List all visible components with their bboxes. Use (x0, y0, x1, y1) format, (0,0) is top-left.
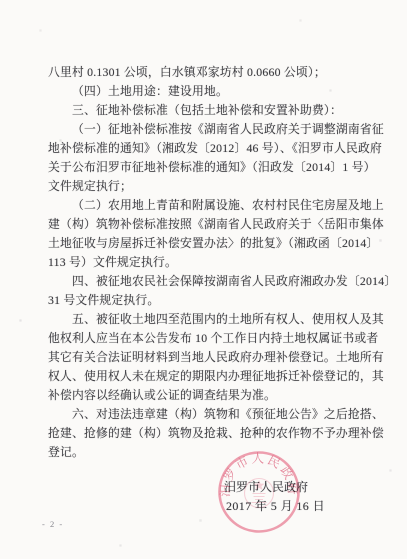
document-line: 权人、使用权人未在规定的期限内办理征地拆迁补偿登记的，其 (48, 367, 380, 386)
document-line: 建（构）筑物补偿标准按照《湖南省人民政府关于〈岳阳市集体 (48, 215, 380, 234)
document-line: 四、被征地农民社会保障按湖南省人民政府湘政办发〔2014〕 (48, 272, 380, 291)
scanned-document-page: 八里村 0.1301 公顷，白水镇邓家坊村 0.0660 公顷）； （四）土地用… (0, 0, 407, 559)
document-line: 关于公布汨罗市征地补偿标准的通知》（汨政发〔2014〕1 号） (48, 158, 380, 177)
document-line: 八里村 0.1301 公顷，白水镇邓家坊村 0.0660 公顷）； (48, 63, 380, 82)
document-line: 五、被征收土地四至范围内的土地所有权人、使用权人及其 (48, 310, 380, 329)
document-line: 文件规定执行； (48, 177, 380, 196)
document-line: 他权利人应当在本公告发布 10 个工作日内持土地权属证书或者 (48, 329, 380, 348)
document-line: 抢建、抢修的建（构）筑物及抢栽、抢种的农作物不予办理补偿 (48, 424, 380, 443)
document-line: 其它有关合法证明材料到当地人民政府办理补偿登记。土地所有 (48, 348, 380, 367)
svg-text:汨罗市人民政府: 汨罗市人民政府 (218, 451, 300, 497)
document-body-text: 八里村 0.1301 公顷，白水镇邓家坊村 0.0660 公顷）； （四）土地用… (48, 63, 380, 462)
document-line: 31 号文件规定执行。 (48, 291, 380, 310)
document-line: 六、对违法违章建（构）筑物和《预征地公告》之后抢搭、 (48, 405, 380, 424)
national-emblem-icon (245, 479, 274, 508)
document-line: 113 号）文件规定执行。 (48, 253, 380, 272)
document-line: （一）征地补偿标准按《湖南省人民政府关于调整湖南省征 (48, 120, 380, 139)
seal-arc-text: 汨罗市人民政府 (218, 451, 300, 497)
official-seal: 汨罗市人民政府 (211, 444, 307, 540)
document-line: 补偿内容以经确认或公证的调查结果为准。 (48, 386, 380, 405)
document-line: 三、征地补偿标准（包括土地补偿和安置补助费）： (48, 101, 380, 120)
document-line: 土地征收与房屋拆迁补偿安置办法〉的批复》（湘政函〔2014〕 (48, 234, 380, 253)
scan-noise (0, 0, 1, 1)
page-number: - 2 - (42, 519, 64, 529)
document-line: （二）农用地上青苗和附属设施、农村村民住宅房屋及地上 (48, 196, 380, 215)
document-line: 地补偿标准的通知》（湘政发〔2012〕46 号）、《汨罗市人民政府 (48, 139, 380, 158)
document-line: （四）土地用途：建设用地。 (48, 82, 380, 101)
